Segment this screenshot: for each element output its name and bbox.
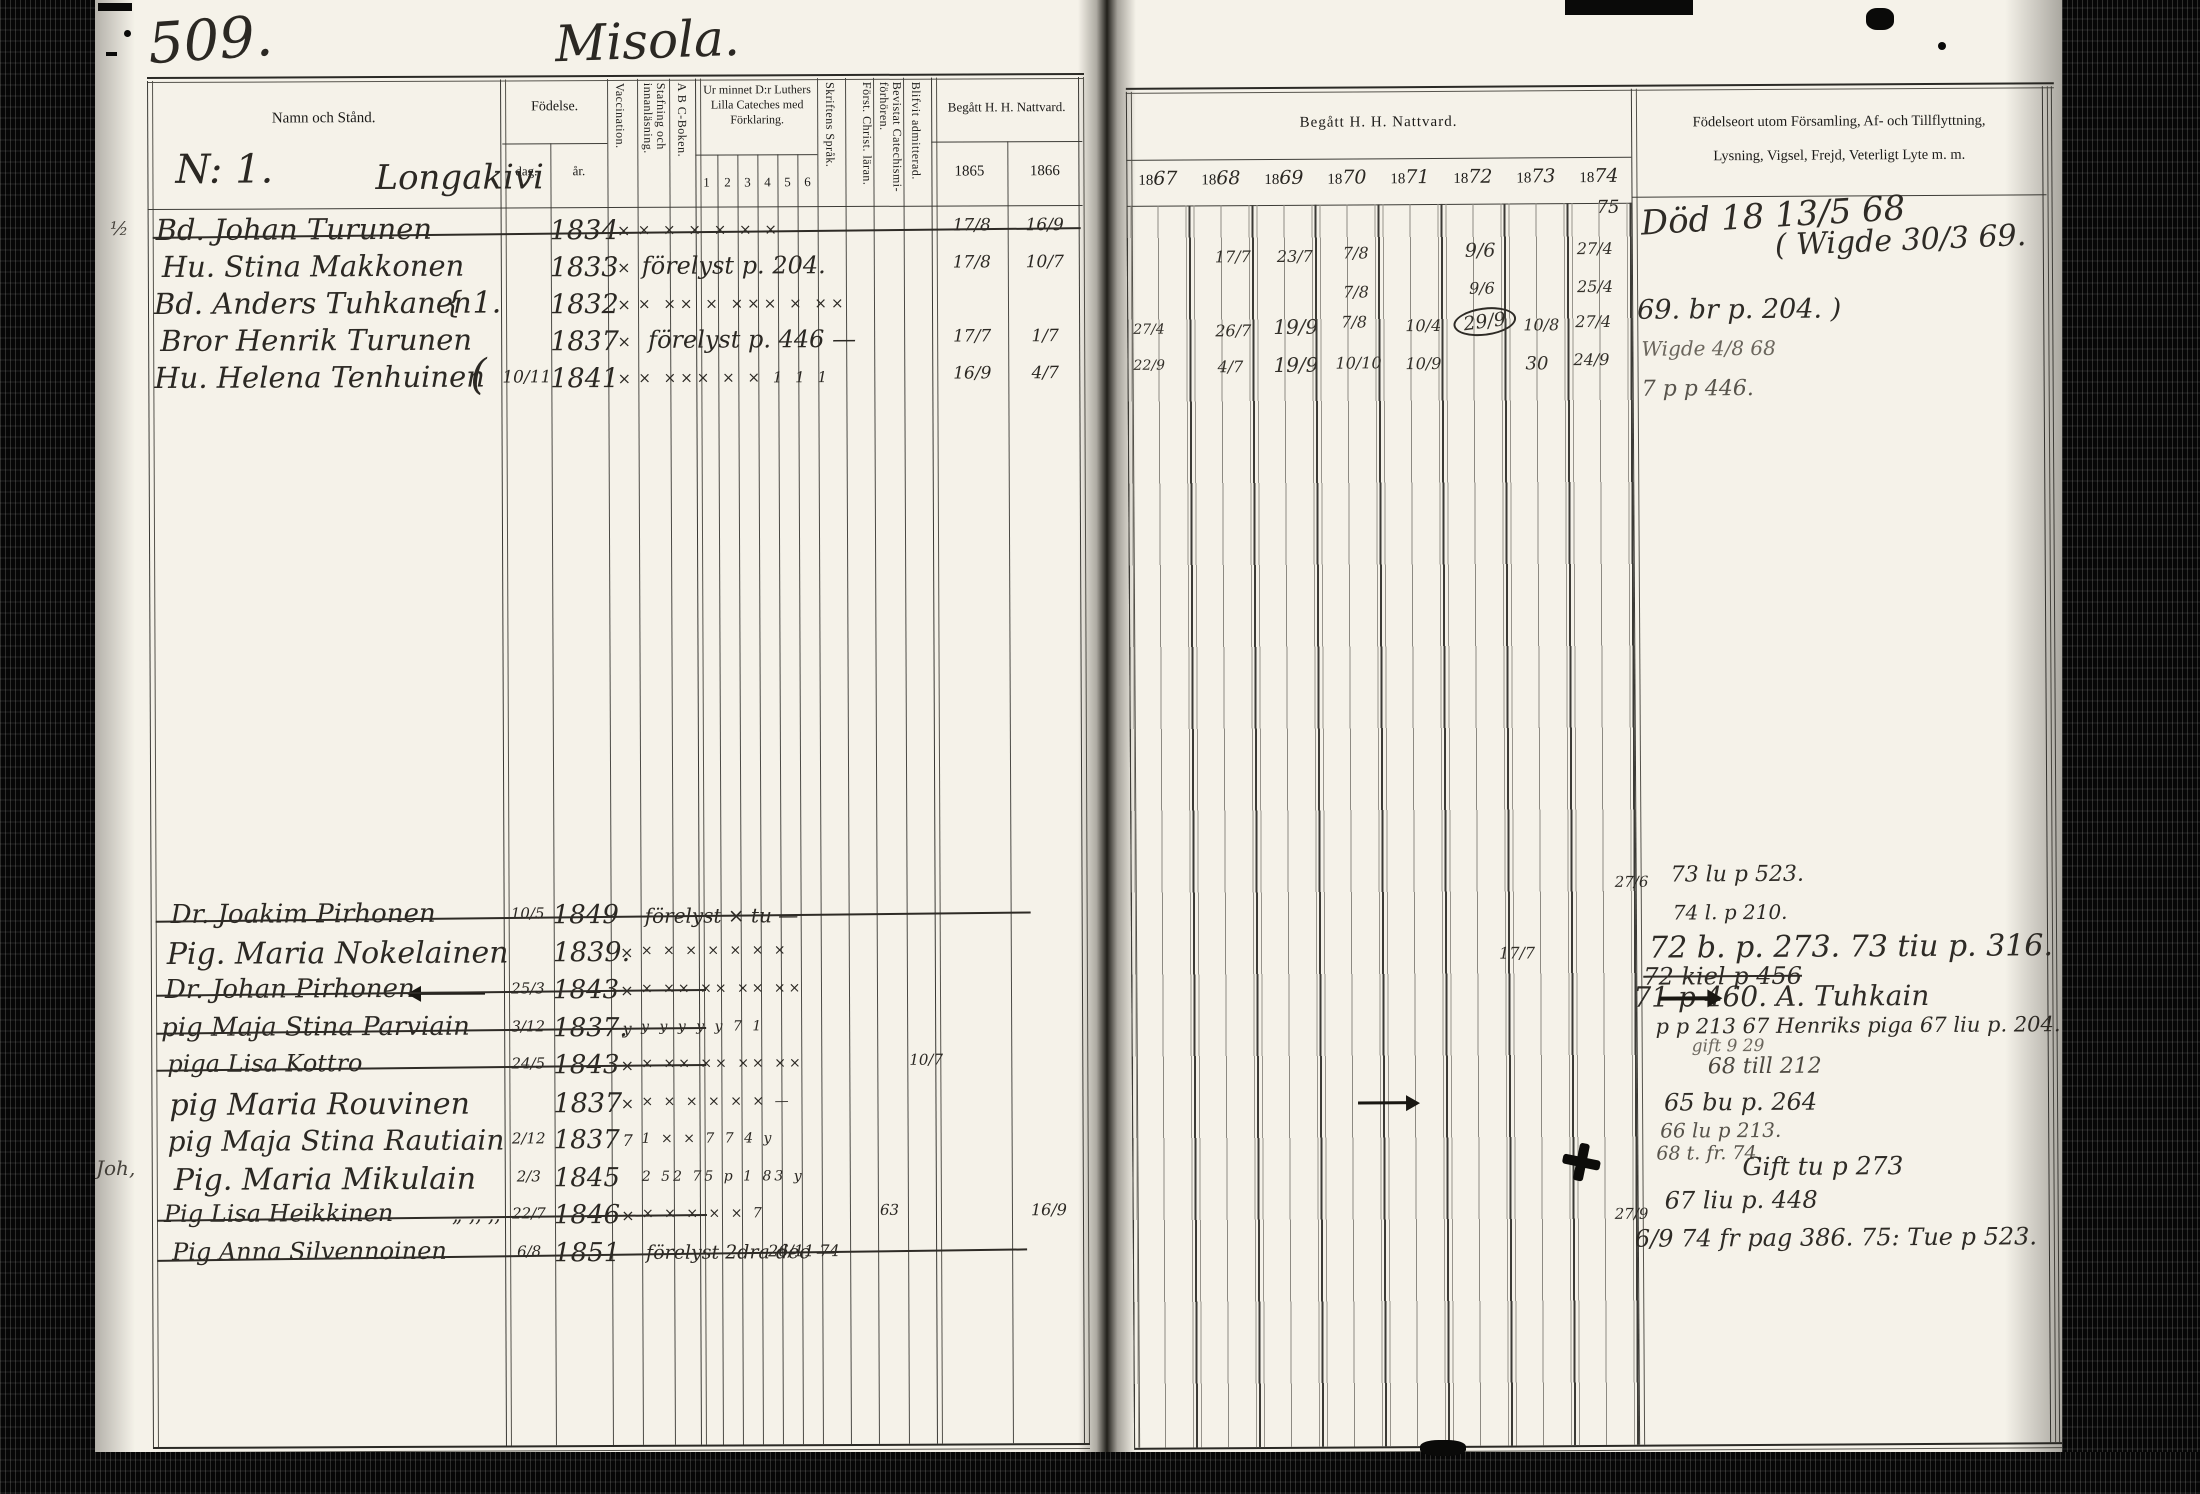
person-name: Bd. Johan Turunen	[156, 212, 432, 247]
page-shadow	[95, 0, 135, 1494]
year-1869: 1869	[1252, 167, 1315, 189]
household-number: N: 1.	[175, 147, 273, 193]
year-prefix: 18	[1264, 172, 1279, 188]
year-row: 1867 1868 1869 1870 1871 1872 1873 1874	[1126, 165, 1631, 206]
annotation-margin: 27/9	[1615, 1205, 1649, 1223]
year-suffix: 71	[1405, 166, 1429, 188]
person-name: Dr. Joakim Pirhonen	[171, 899, 436, 930]
birth-day: 3/12	[505, 1017, 551, 1035]
birth-year: 1837	[550, 326, 608, 357]
birth-year: 1834	[550, 215, 608, 246]
table-row: Hu. Stina Makkonen 1833 × förelyst p. 20…	[148, 250, 1083, 291]
table-row: Dr. Johan Pirhonen 25/3 1843 × × ×× ×× ×…	[151, 973, 1086, 1014]
column-header-communion-left: Begått H. H. Nattvard.	[931, 99, 1082, 116]
person-name: Pig. Maria Nokelainen	[167, 935, 509, 971]
page-title: Misola.	[554, 9, 741, 73]
vaccination-mark: ×	[611, 369, 637, 388]
communion-date: 22/9	[1133, 358, 1165, 374]
page-number: 509.	[146, 4, 275, 78]
left-page: Namn och Stånd. Födelse. dag. år. Vaccin…	[147, 73, 1090, 1454]
person-name: piga Lisa Kottro	[167, 1049, 362, 1078]
communion-date: 17/7	[1215, 247, 1251, 266]
person-name: Hu. Helena Tenhuinen	[154, 360, 485, 395]
communion-date: 9/6	[1465, 240, 1496, 262]
column-header-abc-book: A B C-Boken.	[675, 83, 689, 205]
communion-date: 19/9	[1273, 353, 1318, 377]
column-header-christianity: Först. Christ. läran.	[847, 82, 874, 204]
communion-date: 7/8	[1341, 312, 1367, 331]
year-suffix: 69	[1279, 167, 1303, 189]
column-header-admitted: Blifvit admitterad.	[909, 82, 923, 204]
person-name: Pig Lisa Heikkinen	[164, 1199, 393, 1228]
birth-year: 1837	[553, 1088, 611, 1119]
communion-date: 7/8	[1343, 282, 1369, 301]
scan-speck	[98, 3, 132, 11]
brace-mark: { 1.	[444, 286, 501, 321]
communion-date: 10/8	[1523, 315, 1559, 334]
reading-marks: × × × × × × ×	[641, 942, 789, 959]
birth-day: 22/7	[506, 1204, 552, 1222]
arrow-right-mark	[1358, 1101, 1414, 1104]
year-prefix: 18	[1453, 171, 1468, 187]
birth-day: 2/3	[506, 1167, 552, 1185]
vaccination-mark: ×	[611, 295, 637, 314]
annotation-margin: 27/6	[1615, 873, 1649, 891]
column-header-spelling: Stafning och innanläsning.	[641, 83, 668, 205]
person-name: pig Maja Stina Parviain	[161, 1012, 470, 1043]
year-prefix: 18	[1327, 172, 1342, 188]
birth-day: 25/3	[505, 979, 551, 997]
catechism-subcolumn-2: 2	[717, 174, 737, 190]
scan-speck	[1866, 8, 1894, 30]
annotation-faint: Wigde 4/8 68	[1641, 336, 1776, 361]
table-row: Pig Lisa Heikkinen „ ‚‚ ‚‚ 22/7 1846 × ×…	[152, 1198, 1087, 1239]
birth-day: 2/12	[506, 1129, 552, 1147]
table-rule	[147, 73, 1084, 83]
year-1870: 1870	[1315, 166, 1378, 188]
vaccination-mark: 7	[615, 1131, 641, 1150]
year-prefix: 18	[1390, 171, 1405, 187]
banns-note: förelyst p. 446 —	[648, 325, 856, 354]
year-1872: 1872	[1441, 166, 1504, 188]
reading-marks: × ×× × ××× × ××	[638, 294, 848, 313]
year-1868: 1868	[1189, 167, 1252, 189]
scan-speck	[106, 52, 117, 56]
communion-date: 19/9	[1273, 315, 1318, 339]
vaccination-mark: ×	[611, 332, 637, 351]
table-rule	[695, 154, 817, 156]
table-rule	[502, 143, 607, 144]
communion-date: 27/4	[1577, 239, 1613, 258]
communion-mark-1865: 17/8	[941, 252, 1003, 272]
annotation: 69. br p. 204. )	[1637, 293, 1841, 325]
column-header-scripture: Skriftens Språk.	[823, 82, 837, 204]
scan-edge-right	[2062, 0, 2200, 1494]
annotation: 72 b. p. 273. 73 tiu p. 316.	[1649, 928, 2053, 965]
vaccination-mark: ×	[614, 943, 640, 962]
column-header-catechism: Ur minnet D:r Luthers Lilla Cateches med…	[697, 82, 817, 128]
catechism-subcolumn-4: 4	[757, 174, 777, 190]
arrow-right-mark	[1659, 996, 1717, 1000]
year-suffix: 73	[1531, 165, 1555, 187]
birth-year: 1837	[554, 1125, 612, 1155]
communion-date: 17/7	[1499, 943, 1535, 962]
year-prefix: 18	[1138, 173, 1153, 189]
person-name: pig Maria Rouvinen	[169, 1087, 470, 1123]
communion-date: 10/9	[1405, 354, 1441, 373]
catechism-subcolumn-3: 3	[737, 174, 757, 190]
table-row: pig Maja Stina Parviain 3/12 1837. y y y…	[151, 1011, 1086, 1052]
scan-edge-left	[0, 0, 95, 1494]
year-suffix: 72	[1468, 166, 1492, 188]
scan-speck	[1565, 0, 1693, 15]
birth-day: 10/5	[505, 904, 551, 922]
communion-mark-1865: 16/9	[941, 363, 1003, 383]
communion-date: 4/7	[1217, 357, 1243, 376]
village-name: Longakivi	[375, 157, 544, 198]
table-row: Bd. Johan Turunen 1834 × × × × × × × 17/…	[148, 213, 1083, 254]
communion-mark-1866: 16/9	[1014, 215, 1076, 235]
communion-date: 25/4	[1577, 277, 1613, 296]
communion-mark-1866: 10/7	[1014, 252, 1076, 272]
table-row: Pig. Maria Mikulain 2/3 1845 2 52 75 p 1…	[152, 1161, 1087, 1202]
year-prefix: 18	[1516, 170, 1531, 186]
birth-year: 1839.	[553, 937, 611, 968]
reading-marks: 1 × × 7 7 4 y	[642, 1130, 775, 1147]
page-shadow	[2005, 0, 2062, 1494]
year-suffix: 74	[1594, 165, 1618, 187]
annotation: 68 till 212	[1708, 1054, 1822, 1080]
communion-year-1866: 1866	[1007, 163, 1082, 180]
table-row: Bd. Anders Tuhkanen { 1. 1832 × × ×× × ×…	[148, 287, 1083, 328]
column-header-birth: Födelse.	[502, 99, 607, 115]
birth-year: 1832	[550, 289, 608, 320]
birth-day: 10/11	[502, 367, 548, 387]
scan-speck	[1938, 42, 1946, 50]
year-prefix: 18	[1579, 170, 1594, 186]
person-name: pig Maja Stina Rautiain	[168, 1124, 505, 1158]
table-row: Bror Henrik Turunen 1837 × förelyst p. 4…	[148, 324, 1083, 365]
admitted-mark: 10/7	[909, 1051, 943, 1069]
ditto-marks: „ ‚‚ ‚‚	[452, 1203, 501, 1227]
year-suffix: 70	[1342, 166, 1366, 188]
birth-year: 1845	[554, 1163, 612, 1193]
communion-date: 27/4	[1133, 322, 1165, 338]
notes-header-line1: Födelseort utom Församling, Af- och Till…	[1634, 112, 2044, 132]
reading-marks: 2 52 75 p 1 83 y	[642, 1168, 805, 1185]
scan-speck	[1420, 1440, 1466, 1456]
annotation-faint: 7 p p 446.	[1642, 376, 1754, 402]
communion-mark-1866: 16/9	[1018, 1200, 1080, 1219]
catechism-subcolumn-5: 5	[777, 174, 797, 190]
communion-date: 10/4	[1405, 316, 1441, 335]
birth-day: 24/5	[505, 1054, 551, 1072]
annotation: 66 lu p 213.	[1660, 1118, 1781, 1143]
table-row: Pig Anna Silvennoinen 6/8 1851 förelyst …	[152, 1236, 1087, 1277]
year-suffix: 68	[1216, 167, 1240, 189]
catechism-subcolumn-6: 6	[797, 174, 817, 190]
communion-date: 9/6	[1469, 279, 1495, 298]
table-row: Dr. Joakim Pirhonen 10/5 1849 förelyst ×…	[151, 898, 1086, 939]
book-gutter	[1078, 0, 1136, 1494]
year-1874: 1874	[1567, 165, 1630, 187]
year-prefix: 18	[1201, 172, 1216, 188]
annotation: 74 l. p 210.	[1673, 900, 1788, 925]
annotation: 67 liu p. 448	[1665, 1186, 1818, 1215]
communion-date: 27/4	[1575, 312, 1611, 331]
person-name: Pig Anna Silvennoinen	[172, 1237, 447, 1266]
exam-mark: 63	[880, 1201, 899, 1219]
communion-mark-1866: 4/7	[1014, 363, 1076, 383]
banns-note: förelyst p. 204.	[642, 251, 826, 280]
birth-year: 1833	[550, 252, 608, 283]
annotation: Gift tu p 273	[1742, 1151, 1903, 1181]
table-rule	[148, 205, 1083, 210]
person-name: Dr. Johan Pirhonen	[165, 974, 415, 1005]
reading-marks: × ××× × × 1 1 1	[638, 368, 831, 387]
vaccination-mark: ×	[611, 221, 637, 240]
column-header-name: Namn och Stånd.	[147, 110, 500, 129]
communion-date: 10/10	[1335, 353, 1381, 372]
year-1873: 1873	[1504, 165, 1567, 187]
vaccination-mark: ×	[614, 1094, 640, 1113]
column-header-attended-exams: Bevistat Catechismi-förhören.	[875, 82, 904, 204]
table-row: pig Maja Stina Rautiain 2/12 1837 7 1 × …	[152, 1123, 1087, 1164]
scanned-parish-register: 509. Misola. Namn och Stånd. Födelse. da…	[0, 0, 2200, 1494]
communion-date: 7/8	[1343, 243, 1369, 262]
table-row: piga Lisa Kottro 24/5 1843 × × ×× ×× ×× …	[151, 1048, 1086, 1089]
communion-year-1865: 1865	[931, 163, 1007, 180]
person-name: Pig. Maria Mikulain	[174, 1162, 476, 1198]
reading-marks: × × × × × × —	[641, 1093, 791, 1110]
communion-grid	[1127, 203, 1640, 1448]
annotation: 73 lu p 523.	[1671, 862, 1804, 888]
table-rule	[1126, 157, 1631, 161]
right-page: Begått H. H. Nattvard. 1867 1868 1869 18…	[1126, 82, 2066, 1455]
communion-mark-1866: 1/7	[1014, 326, 1076, 346]
annotation: 6/9 74 fr pag 386. 75: Tue p 523.	[1635, 1222, 2037, 1252]
paren-mark: (	[470, 350, 487, 399]
communion-date: 23/7	[1277, 247, 1313, 266]
person-name: Bror Henrik Turunen	[160, 323, 472, 358]
communion-date: 26/7	[1215, 321, 1251, 340]
communion-mark-1865: 17/8	[941, 215, 1003, 235]
birth-day: 6/8	[506, 1242, 552, 1260]
communion-date: 24/9	[1573, 350, 1609, 369]
column-header-vaccination: Vaccination.	[613, 83, 627, 205]
annotation: 65 bu p. 264	[1664, 1088, 1817, 1117]
table-row: Hu. Helena Tenhuinen ( 10/11 1841 × × ××…	[148, 361, 1083, 402]
birth-year: 1841	[550, 363, 608, 394]
column-header-birth-year: år.	[550, 163, 607, 179]
column-header-communion-right: Begått H. H. Nattvard.	[1126, 113, 1631, 133]
table-row: pig Maria Rouvinen 1837 × × × × × × × —	[151, 1086, 1086, 1127]
scan-edge-bottom	[0, 1452, 2200, 1494]
year-suffix: 67	[1153, 168, 1177, 190]
year-1871: 1871	[1378, 166, 1441, 188]
catechism-subcolumn-1: 1	[695, 175, 717, 191]
communion-date: 30	[1525, 353, 1548, 374]
communion-mark-1865: 17/7	[941, 326, 1003, 346]
table-rule	[1126, 82, 2054, 94]
notes-header-line2: Lysning, Vigsel, Frejd, Veterligt Lyte m…	[1634, 146, 2044, 166]
person-name: Hu. Stina Makkonen	[162, 249, 465, 284]
annotation: p p 213 67 Henriks piga 67 liu p. 204.	[1656, 1012, 2061, 1038]
scan-speck	[124, 30, 131, 37]
table-row: Pig. Maria Nokelainen 1839. × × × × × × …	[151, 935, 1086, 976]
vaccination-mark: ×	[611, 258, 637, 277]
person-name: Bd. Anders Tuhkanen	[154, 286, 472, 321]
